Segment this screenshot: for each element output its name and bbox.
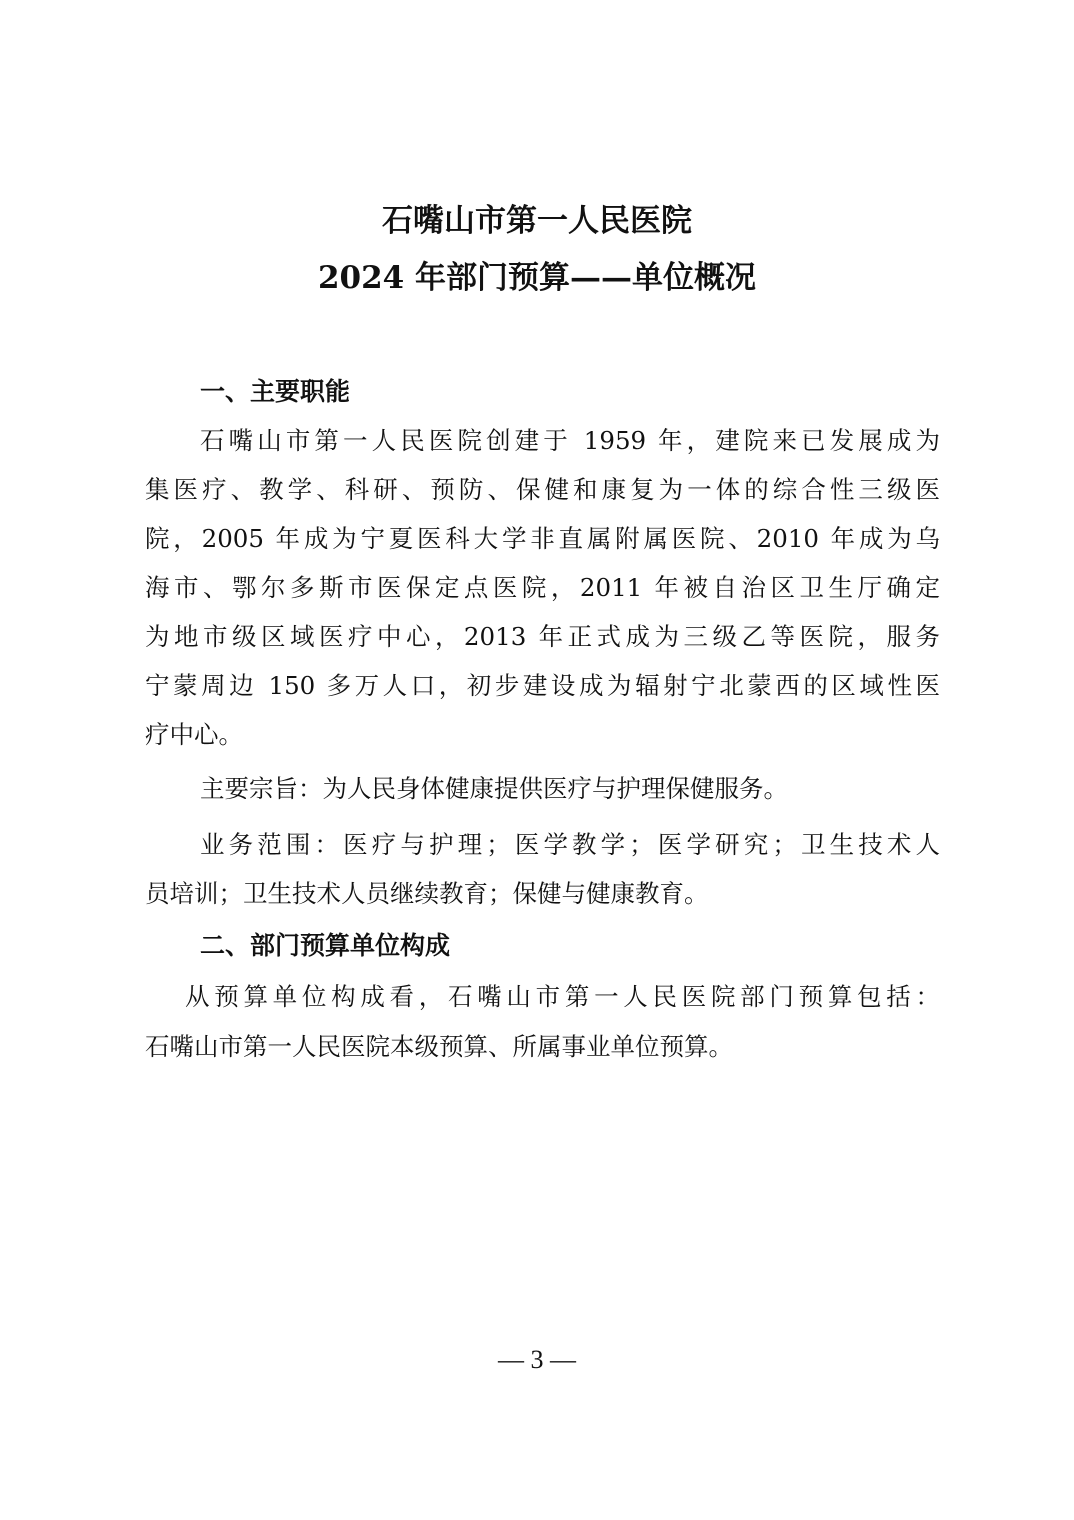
section-heading-budget-units: 二、部门预算单位构成: [200, 926, 450, 962]
paragraph-line: 疗中心。: [145, 716, 940, 751]
paragraph-line: 员培训；卫生技术人员继续教育；保健与健康教育。: [145, 875, 940, 910]
page-number: — 3 —: [0, 1345, 1074, 1375]
paragraph-line: 集医疗、教学、科研、预防、保健和康复为一体的综合性三级医: [145, 471, 940, 506]
paragraph-line: 海市、鄂尔多斯市医保定点医院，2011 年被自治区卫生厅确定: [145, 569, 940, 604]
paragraph-budget-units: 从预算单位构成看，石嘴山市第一人民医院部门预算包括：: [185, 978, 940, 1013]
paragraph-line: 院，2005 年成为宁夏医科大学非直属附属医院、2010 年成为乌: [145, 520, 940, 555]
paragraph-line: 为地市级区域医疗中心，2013 年正式成为三级乙等医院，服务: [145, 618, 940, 653]
paragraph-line: 石嘴山市第一人民医院创建于 1959 年，建院来已发展成为: [200, 422, 940, 457]
section-heading-main-functions: 一、主要职能: [200, 372, 350, 408]
paragraph-line: 宁蒙周边 150 多万人口，初步建设成为辐射宁北蒙西的区域性医: [145, 667, 940, 702]
document-page: 石嘴山市第一人民医院 2024 年部门预算——单位概况 一、主要职能 石嘴山市第…: [0, 0, 1074, 1520]
document-title-line1: 石嘴山市第一人民医院: [0, 195, 1074, 240]
paragraph-line: 石嘴山市第一人民医院本级预算、所属事业单位预算。: [145, 1028, 940, 1063]
document-title-line2: 2024 年部门预算——单位概况: [0, 252, 1074, 297]
paragraph-business-scope: 业务范围：医疗与护理；医学教学；医学研究；卫生技术人: [200, 826, 940, 861]
paragraph-purpose: 主要宗旨：为人民身体健康提供医疗与护理保健服务。: [200, 770, 940, 805]
